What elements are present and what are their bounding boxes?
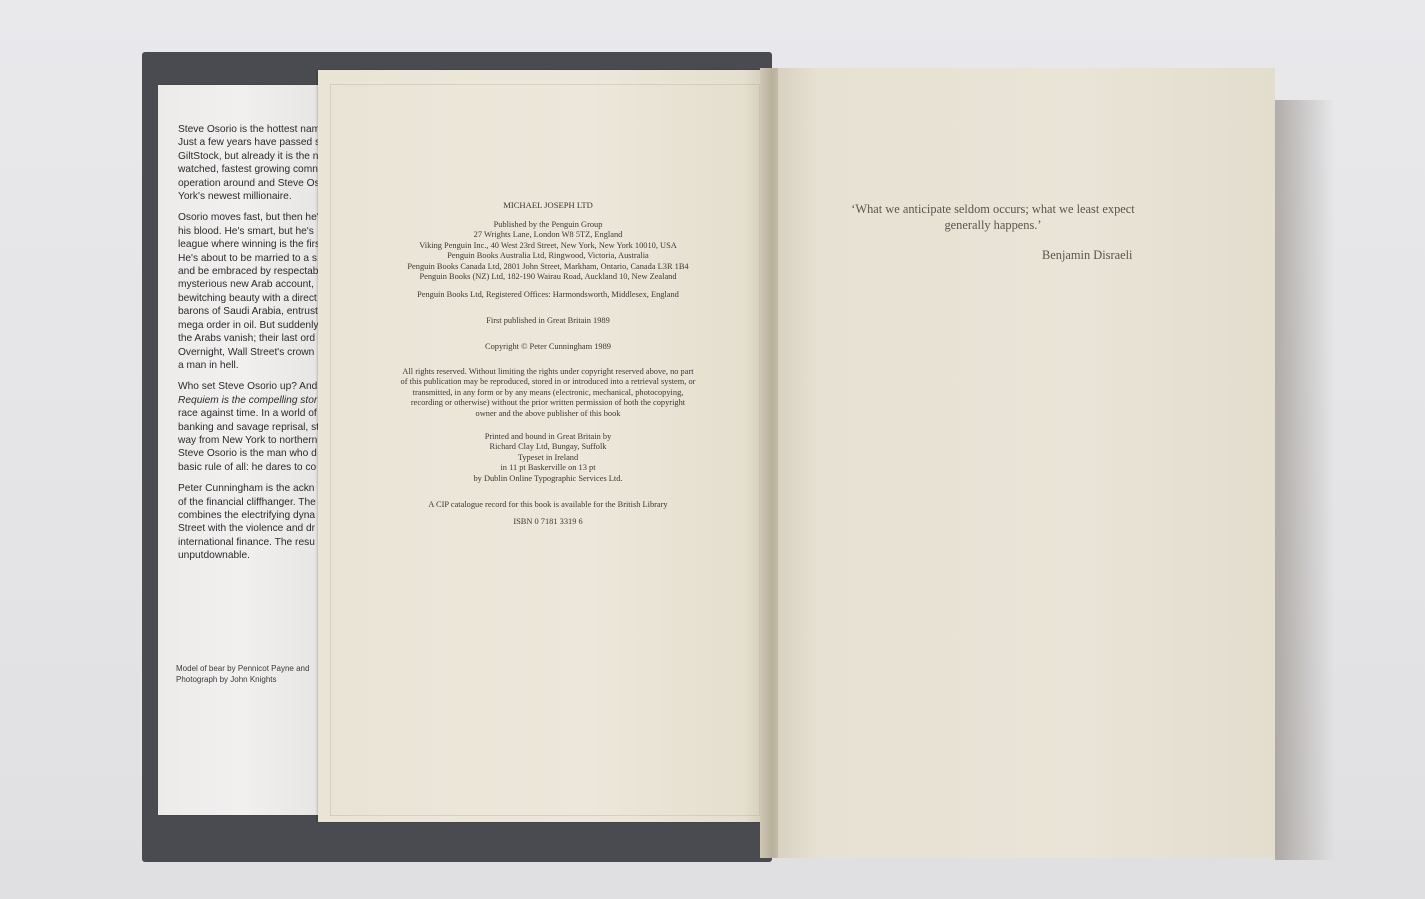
blurb-line: a man in hell. — [178, 360, 239, 371]
blurb-line: Overnight, Wall Street's crown — [178, 347, 314, 358]
copyright-page: MICHAEL JOSEPH LTD Published by the Peng… — [318, 70, 770, 822]
blurb-line: He's about to be married to a s — [178, 253, 317, 264]
cover-credit: Model of bear by Pennicot Payne and Phot… — [176, 663, 309, 685]
epigraph-page — [778, 68, 1275, 858]
address-line: Penguin Books Canada Ltd, 2801 John Stre… — [368, 262, 728, 272]
rights-line: owner and the above publisher of this bo… — [368, 409, 728, 419]
blurb-line: banking and savage reprisal, st — [178, 422, 319, 433]
epigraph-quote: ‘What we anticipate seldom occurs; what … — [818, 201, 1168, 233]
copyright-notice: Copyright © Peter Cunningham 1989 — [368, 342, 728, 352]
book-shadow — [1275, 100, 1335, 860]
cip-record: A CIP catalogue record for this book is … — [368, 500, 728, 510]
blurb-line: barons of Saudi Arabia, entrust — [178, 306, 318, 317]
blurb-line: way from New York to northern — [178, 435, 317, 446]
blurb-line: mysterious new Arab account, — [178, 279, 314, 290]
rights-line: recording or otherwise) without the prio… — [368, 398, 728, 408]
credit-line: Photograph by John Knights — [176, 675, 277, 684]
blurb-line: of the financial cliffhanger. The — [178, 497, 316, 508]
first-published-line: First published in Great Britain 1989 — [368, 316, 728, 326]
blurb-line: York's newest millionaire. — [178, 191, 292, 202]
blurb-line: Peter Cunningham is the ackn — [178, 483, 314, 494]
blurb-line: international finance. The resu — [178, 537, 315, 548]
rights-statement: All rights reserved. Without limiting th… — [368, 367, 728, 419]
blurb-line: combines the electrifying dyna — [178, 510, 315, 521]
quote-line: ‘What we anticipate seldom occurs; what … — [818, 201, 1168, 217]
registered-offices: Penguin Books Ltd, Registered Offices: H… — [368, 290, 728, 300]
printing-line: by Dublin Online Typographic Services Lt… — [368, 474, 728, 484]
blurb-line: operation around and Steve Os — [178, 178, 320, 189]
blurb-line: Just a few years have passed si — [178, 137, 322, 148]
address-line: Penguin Books (NZ) Ltd, 182-190 Wairau R… — [368, 272, 728, 282]
cip-line: A CIP catalogue record for this book is … — [368, 500, 728, 510]
rights-line: of this publication may be reproduced, s… — [368, 377, 728, 387]
blurb-line: Street with the violence and dr — [178, 523, 315, 534]
blurb-line: and be embraced by respectab — [178, 266, 318, 277]
blurb-line: watched, fastest growing comn — [178, 164, 318, 175]
isbn: ISBN 0 7181 3319 6 — [368, 517, 728, 527]
printing-info: Printed and bound in Great Britain by Ri… — [368, 432, 728, 484]
publisher-addresses: Published by the Penguin Group 27 Wright… — [368, 220, 728, 282]
address-line: Viking Penguin Inc., 40 West 23rd Street… — [368, 241, 728, 251]
rights-line: All rights reserved. Without limiting th… — [368, 367, 728, 377]
blurb-line: Requiem is the compelling stor — [178, 395, 317, 406]
blurb-line: Osorio moves fast, but then he' — [178, 212, 319, 223]
blurb-line: the Arabs vanish; their last ord — [178, 333, 315, 344]
printing-line: Printed and bound in Great Britain by — [368, 432, 728, 442]
blurb-line: mega order in oil. But suddenly — [178, 320, 318, 331]
printing-line: in 11 pt Baskerville on 13 pt — [368, 463, 728, 473]
blurb-line: league where winning is the firs — [178, 239, 320, 250]
blurb-line: race against time. In a world of — [178, 408, 317, 419]
isbn-line: ISBN 0 7181 3319 6 — [368, 517, 728, 527]
publisher-line: MICHAEL JOSEPH LTD — [368, 200, 728, 210]
blurb-line: GiltStock, but already it is the n — [178, 151, 318, 162]
address-line: Published by the Penguin Group — [368, 220, 728, 230]
copyright-line: Copyright © Peter Cunningham 1989 — [368, 342, 728, 352]
quote-line: generally happens.’ — [818, 217, 1168, 233]
publisher-name: MICHAEL JOSEPH LTD — [368, 200, 728, 210]
blurb-line: unputdownable. — [178, 550, 250, 561]
blurb-line: Steve Osorio is the hottest nam — [178, 124, 320, 135]
printing-line: Richard Clay Ltd, Bungay, Suffolk — [368, 442, 728, 452]
credit-line: Model of bear by Pennicot Payne and — [176, 664, 309, 673]
blurb-line: basic rule of all: he dares to co — [178, 462, 316, 473]
blurb-line: bewitching beauty with a direct — [178, 293, 317, 304]
address-line: 27 Wrights Lane, London W8 5TZ, England — [368, 230, 728, 240]
blurb-line: Steve Osorio is the man who d — [178, 448, 317, 459]
offices-line: Penguin Books Ltd, Registered Offices: H… — [368, 290, 728, 300]
printing-line: Typeset in Ireland — [368, 453, 728, 463]
address-line: Penguin Books Australia Ltd, Ringwood, V… — [368, 251, 728, 261]
blurb-line: Who set Steve Osorio up? And — [178, 381, 317, 392]
first-published: First published in Great Britain 1989 — [368, 316, 728, 326]
blurb-line: his blood. He's smart, but he's — [178, 226, 314, 237]
epigraph-author: Benjamin Disraeli — [1042, 248, 1133, 263]
rights-line: transmitted, in any form or by any means… — [368, 388, 728, 398]
dust-jacket-flap: Steve Osorio is the hottest nam Just a f… — [158, 85, 326, 815]
